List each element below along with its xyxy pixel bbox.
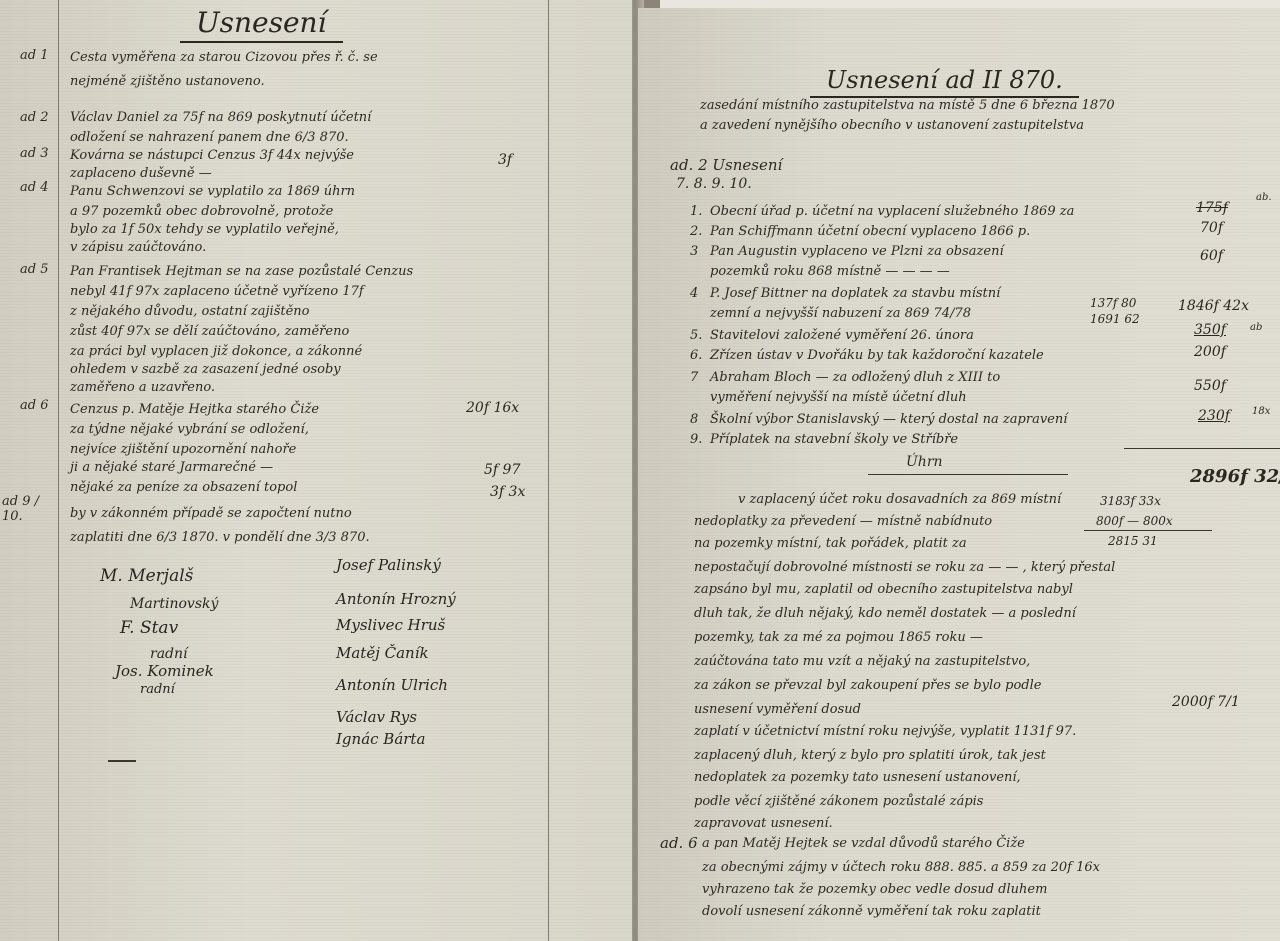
ledger-note: 18x	[1252, 406, 1270, 417]
ledger-no: 7	[690, 370, 698, 385]
right-page-title: Usnesení ad II 870.	[810, 66, 1079, 98]
item-line: Cenzus p. Matěje Hejtka starého Čiže	[70, 402, 319, 417]
ledger-amount: 175f	[1196, 200, 1228, 216]
signature: Ignác Bárta	[336, 730, 425, 748]
ledger-amount: 200f	[1194, 344, 1226, 360]
ledger-text: Pan Augustin vyplaceno ve Plzni za obsaz…	[710, 244, 1004, 259]
ad6-line: za obecnými zájmy v účtech roku 888. 885…	[702, 860, 1100, 875]
item-line: nejméně zjištěno ustanoveno.	[70, 74, 265, 89]
item-line: ohledem v sazbě za zasazení jedné osoby	[70, 362, 341, 377]
item-marker: ad 9 / 10.	[2, 494, 52, 524]
signature: Martinovský	[130, 596, 218, 612]
section-heading: ad. 2 Usnesení	[670, 156, 782, 174]
item-line: Panu Schwenzovi se vyplatilo za 1869 úhr…	[70, 184, 355, 199]
left-page-title: Usnesení	[180, 6, 343, 43]
ledger-text: Pan Schiffmann účetní obecní vyplaceno 1…	[710, 224, 1030, 239]
signature: Myslivec Hruš	[336, 616, 445, 634]
paragraph-line: zapravovat usnesení.	[694, 816, 833, 831]
total-label: Úhrn	[906, 454, 943, 470]
ledger-text: vyměření nejvyšší na místě účetní dluh	[710, 390, 967, 405]
paragraph-line: zaplacený dluh, který z bylo pro splatit…	[694, 748, 1046, 763]
item-marker: ad 2	[20, 110, 48, 125]
signature: Antonín Hrozný	[336, 590, 456, 608]
paragraph-line: nedoplatek za pozemky tato usnesení usta…	[694, 770, 1021, 785]
ledger-sub-amount: 137f 80	[1090, 296, 1136, 310]
signature: Matěj Čaník	[336, 644, 429, 662]
item-line: nebyl 41f 97x zaplaceno účetně vyřízeno …	[70, 284, 364, 299]
ledger-amount: 60f	[1200, 248, 1223, 264]
item-line: ji a nějaké staré Jarmarečné —	[70, 460, 273, 475]
paragraph-line: nedoplatky za převedení — místně nabídnu…	[694, 514, 992, 529]
item-line: zaplaceno duševně —	[70, 166, 212, 181]
left-margin-rule	[58, 0, 59, 941]
item-marker: ad 3	[20, 146, 48, 161]
ledger-note: ab	[1250, 322, 1262, 333]
section-sub: 7. 8. 9. 10.	[676, 176, 752, 192]
item-line: z nějakého důvodu, ostatní zajištěno	[70, 304, 310, 319]
ledger-text: P. Josef Bittner na doplatek za stavbu m…	[710, 286, 1000, 301]
item-marker: ad 6	[20, 398, 48, 413]
ledger-no: 8	[690, 412, 698, 427]
item-line: zaměřeno a uzavřeno.	[70, 380, 215, 395]
item-line: odložení se nahrazení panem dne 6/3 870.	[70, 130, 349, 145]
item-line: Cesta vyměřena za starou Cizovou přes ř.…	[70, 50, 378, 65]
ledger-amount: 1846f 42x	[1178, 298, 1249, 314]
ad6-line: vyhrazeno tak že pozemky obec vedle dosu…	[702, 882, 1047, 897]
item-amount: 20f 16x	[466, 400, 519, 416]
ad6-line: dovolí usnesení zákonně vyměření tak rok…	[702, 904, 1041, 919]
item-line: zůst 40f 97x se dělí zaúčtováno, zaměřen…	[70, 324, 349, 339]
paragraph-amount: 800f — 800x	[1096, 514, 1173, 528]
ledger-no: 2.	[690, 224, 702, 239]
paragraph-line: zaúčtována tato mu vzít a nějaký na zast…	[694, 654, 1030, 669]
paragraph-line: zaplatí v účetnictví místní roku nejvýše…	[694, 724, 1076, 739]
ledger-no: 6.	[690, 348, 702, 363]
item-line: bylo za 1f 50x tehdy se vyplatilo veřejn…	[70, 222, 339, 237]
ledger-amount: 350f	[1194, 322, 1226, 338]
paragraph-amount: 2000f 7/1	[1172, 694, 1240, 710]
paragraph-line: pozemky, tak za mé za pojmou 1865 roku —	[694, 630, 983, 645]
ledger-text: Obecní úřad p. účetní na vyplacení služe…	[710, 204, 1074, 219]
ledger-note: ab.	[1256, 192, 1272, 203]
signature: Josef Palinský	[336, 556, 441, 574]
ledger-text: Zřízen ústav v Dvořáku by tak každoroční…	[710, 348, 1044, 363]
dash-mark	[108, 760, 136, 762]
paragraph-line: na pozemky místní, tak pořádek, platit z…	[694, 536, 967, 551]
ledger-text: Abraham Bloch — za odložený dluh z XIII …	[710, 370, 1000, 385]
right-page: Usnesení ad II 870. zasedání místního za…	[638, 8, 1280, 941]
subtotal-rule	[1084, 530, 1212, 531]
ledger-text: zemní a nejvyšší nabuzení za 869 74/78	[710, 306, 971, 321]
signature: Václav Rys	[336, 708, 417, 726]
total-underline	[868, 474, 1068, 475]
paragraph-amount: 2815 31	[1108, 534, 1158, 548]
ledger-no: 9.	[690, 432, 702, 447]
paragraph-line: nepostačují dobrovolné místnosti se roku…	[694, 560, 1115, 575]
signature: radní	[150, 646, 188, 662]
ledger-text: Stavitelovi založené vyměření 26. února	[710, 328, 974, 343]
ledger-amount: 550f	[1194, 378, 1226, 394]
intro-line: zasedání místního zastupitelstva na míst…	[700, 98, 1115, 113]
item-line: za práci byl vyplacen již dokonce, a zák…	[70, 344, 362, 359]
total-amount: 2896f 32/74	[1190, 466, 1280, 487]
item-line: a 97 pozemků obec dobrovolně, protože	[70, 204, 333, 219]
ledger-no: 1.	[690, 204, 702, 219]
signature: Jos. Kominek	[115, 662, 214, 680]
paragraph-line: zapsáno byl mu, zaplatil od obecního zas…	[694, 582, 1073, 597]
ledger-no: 5.	[690, 328, 702, 343]
ledger-text: pozemků roku 868 místně — — — —	[710, 264, 950, 279]
paragraph-line: usnesení vyměření dosud	[694, 702, 861, 717]
item-marker: ad 1	[20, 48, 48, 63]
ad6-line: a pan Matěj Hejtek se vzdal důvodů staré…	[702, 836, 1025, 851]
item-line: Václav Daniel za 75f na 869 poskytnutí ú…	[70, 110, 371, 125]
paragraph-line: za zákon se převzal byl zakoupení přes s…	[694, 678, 1041, 693]
signature: F. Stav	[120, 618, 178, 638]
intro-line: a zavedení nynějšího obecního v ustanove…	[700, 118, 1084, 133]
ledger-amount: 230f	[1198, 408, 1230, 424]
item-line: nějaké za peníze za obsazení topol	[70, 480, 297, 495]
signature: M. Merjalš	[100, 566, 193, 586]
paragraph-line: dluh tak, že dluh nějaký, kdo neměl dost…	[694, 606, 1076, 621]
item-amount: 3f 3x	[490, 484, 525, 500]
item-line: by v zákonném případě se započtení nutno	[70, 506, 352, 521]
item-line: Kovárna se nástupci Cenzus 3f 44x nejvýš…	[70, 148, 354, 163]
right-margin-rule	[548, 0, 549, 941]
item-line: za týdne nějaké vybrání se odložení,	[70, 422, 309, 437]
signature: Antonín Ulrich	[336, 676, 448, 694]
paragraph-line: v zaplacený účet roku dosavadních za 869…	[738, 492, 1061, 507]
item-line: zaplatiti dne 6/3 1870. v pondělí dne 3/…	[70, 530, 370, 545]
item-line: Pan Frantisek Hejtman se na zase pozůsta…	[70, 264, 413, 279]
ledger-text: Příplatek na stavební školy ve Stříbře	[710, 432, 958, 447]
ledger-text: Školní výbor Stanislavský — který dostal…	[710, 412, 1067, 427]
ledger-sub-amount: 1691 62	[1090, 312, 1140, 326]
item-marker: ad 4	[20, 180, 48, 195]
item-line: nejvíce zjištění upozornění nahoře	[70, 442, 296, 457]
signature: radní	[140, 682, 175, 697]
ledger-no: 4	[690, 286, 698, 301]
left-page: Usnesení ad 1 Cesta vyměřena za starou C…	[0, 0, 632, 941]
ledger-amount: 70f	[1200, 220, 1223, 236]
item-amount: 3f	[498, 152, 512, 168]
item-amount: 5f 97	[484, 462, 520, 478]
ledger-no: 3	[690, 244, 698, 259]
sum-rule	[1124, 448, 1280, 449]
paragraph-amount: 3183f 33x	[1100, 494, 1161, 508]
item-line: v zápisu zaúčtováno.	[70, 240, 206, 255]
paragraph-line: podle věcí zjištěné zákonem pozůstalé zá…	[694, 794, 983, 809]
ad6-marker: ad. 6	[660, 834, 698, 852]
item-marker: ad 5	[20, 262, 48, 277]
